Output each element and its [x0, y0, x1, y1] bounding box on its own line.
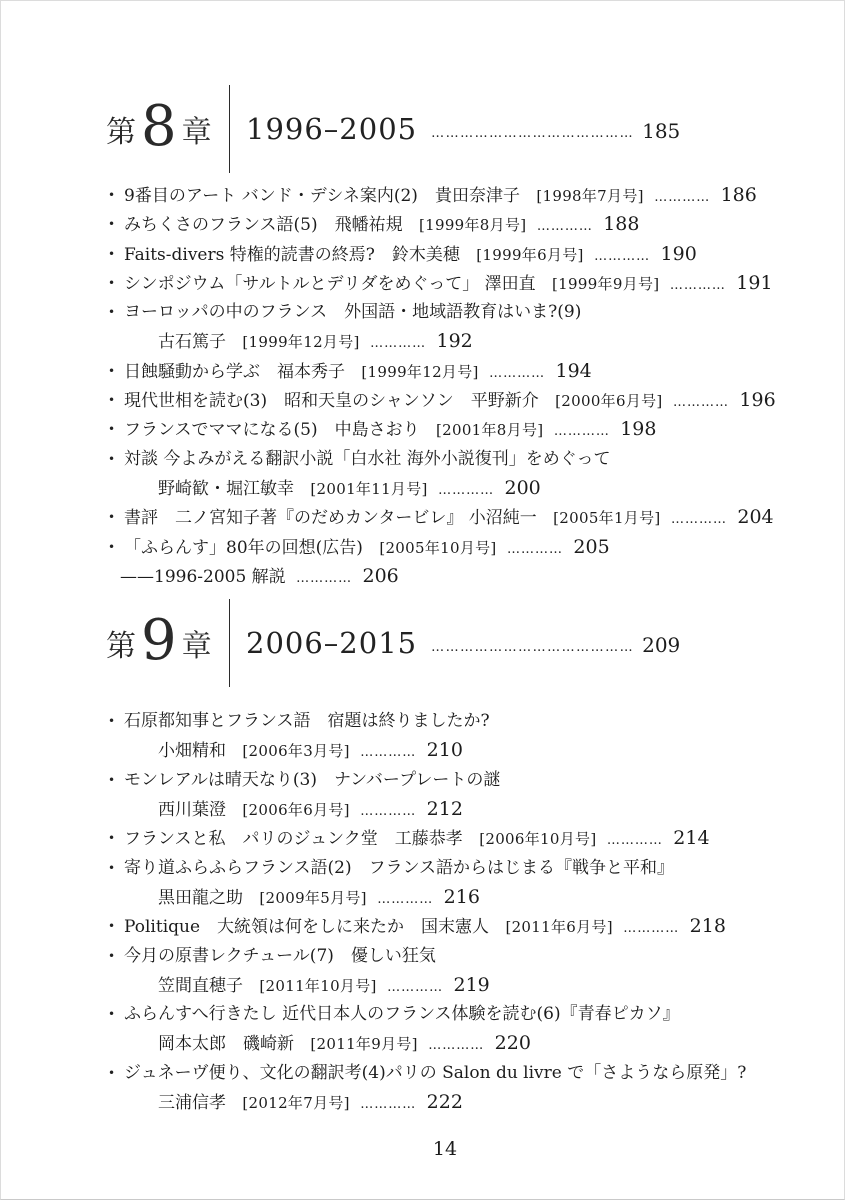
dot-leader: …………	[594, 249, 650, 264]
bullet-icon: •	[108, 386, 115, 415]
bullet-icon: •	[108, 415, 115, 444]
toc-entry-summary: ——1996-2005 解説 ………… 206	[106, 562, 784, 591]
entry-issue-date: [2001年11月号]	[310, 480, 427, 498]
entry-issue-date: [2006年6月号]	[242, 801, 349, 819]
chapter-prefix: 第	[106, 621, 136, 665]
chapter-9-label: 第 9 章	[106, 615, 229, 671]
entry-page-number: 206	[363, 565, 399, 587]
entry-title: 「ふらんす」80年の回想(広告)	[124, 538, 363, 558]
entry-page-number: 216	[444, 886, 480, 908]
entry-issue-date: [1998年7月号]	[536, 187, 643, 205]
bullet-icon: •	[108, 298, 115, 327]
dot-leader: …………	[370, 336, 426, 351]
page-content: 第 8 章 1996–2005 …………………………………… 185 • 9番目…	[1, 85, 844, 1161]
entry-issue-date: [2012年7月号]	[242, 1094, 349, 1112]
dot-leader: …………	[296, 571, 352, 586]
entry-title: Faits-divers 特権的読書の終焉? 鈴木美穂	[124, 245, 460, 265]
entry-title: ヨーロッパの中のフランス 外国語・地域語教育はいま?(9)	[124, 302, 581, 322]
dot-leader: …………	[554, 424, 610, 439]
entry-issue-date: [1999年8月号]	[419, 216, 526, 234]
toc-entry: • 石原都知事とフランス語 宿題は終りましたか?	[106, 707, 784, 736]
entry-author: 岡本太郎 磯崎新	[158, 1034, 294, 1054]
entry-author: 西川葉澄	[158, 800, 226, 820]
bullet-icon: •	[108, 210, 115, 239]
chapter-8-label: 第 8 章	[106, 101, 229, 157]
entry-page-number: 219	[453, 974, 489, 996]
entry-issue-date: [2001年8月号]	[436, 421, 543, 439]
bullet-icon: •	[108, 445, 115, 474]
toc-entry: • Politique 大統領は何をしに来たか 国末憲人 [2011年6月号] …	[106, 912, 784, 941]
entry-issue-date: [2011年6月号]	[505, 918, 612, 936]
toc-entry-continuation: 笠間直穂子 [2011年10月号] ………… 219	[106, 971, 784, 1000]
entry-title: フランスでママになる(5) 中島さおり	[124, 420, 420, 440]
entry-issue-date: [1999年12月号]	[361, 363, 478, 381]
entry-issue-date: [2011年10月号]	[259, 977, 376, 995]
entry-page-number: 190	[661, 243, 697, 265]
entry-page-number: 191	[736, 272, 772, 294]
chapter-number: 9	[141, 613, 177, 669]
dot-leader: ……………………………………	[431, 640, 634, 655]
toc-entry: • フランスと私 パリのジュンク堂 工藤恭孝 [2006年10月号] ………… …	[106, 824, 784, 853]
toc-entry-continuation: 古石篤子 [1999年12月号] ………… 192	[106, 327, 784, 356]
entry-page-number: 198	[620, 418, 656, 440]
chapter-8-entries: • 9番目のアート バンド・デシネ案内(2) 貴田奈津子 [1998年7月号] …	[106, 181, 784, 591]
toc-entry: • 対談 今よみがえる翻訳小説「白水社 海外小説復刊」をめぐって	[106, 445, 784, 474]
dot-leader: …………	[673, 395, 729, 410]
dot-leader: …………	[623, 921, 679, 936]
toc-entry: • 寄り道ふらふらフランス語(2) フランス語からはじまる『戦争と平和』	[106, 854, 784, 883]
dot-leader: …………	[360, 1097, 416, 1112]
entry-title: シンポジウム「サルトルとデリダをめぐって」 澤田直	[124, 274, 536, 294]
toc-entry: • フランスでママになる(5) 中島さおり [2001年8月号] ………… 19…	[106, 415, 784, 444]
entry-issue-date: [2000年6月号]	[555, 392, 662, 410]
entry-author: 黒田龍之助	[158, 888, 243, 908]
page-folio: 14	[106, 1137, 784, 1161]
entry-page-number: 205	[573, 536, 609, 558]
entry-issue-date: [1999年9月号]	[552, 275, 659, 293]
dot-leader: …………	[360, 804, 416, 819]
dot-leader: …………	[428, 1038, 484, 1053]
chapter-year-range: 2006–2015	[246, 626, 417, 660]
entry-page-number: 210	[427, 739, 463, 761]
dot-leader: …………	[537, 219, 593, 234]
toc-entry: • モンレアルは晴天なり(3) ナンバープレートの謎	[106, 766, 784, 795]
bullet-icon: •	[108, 854, 115, 883]
dot-leader: …………	[654, 190, 710, 205]
dot-leader: …………	[671, 512, 727, 527]
chapter-8-header: 第 8 章 1996–2005 …………………………………… 185	[106, 85, 784, 173]
dot-leader: …………	[670, 278, 726, 293]
entry-author: 古石篤子	[158, 332, 226, 352]
entry-page-number: 222	[427, 1091, 463, 1113]
entry-author: 小畑精和	[158, 741, 226, 761]
bullet-icon: •	[108, 357, 115, 386]
chapter-9-entries: • 石原都知事とフランス語 宿題は終りましたか? 小畑精和 [2006年3月号]…	[106, 707, 784, 1117]
entry-page-number: 212	[427, 798, 463, 820]
entry-page-number: 192	[436, 330, 472, 352]
entry-page-number: 214	[673, 827, 709, 849]
entry-title: 書評 二ノ宮知子著『のだめカンタービレ』 小沼純一	[124, 508, 537, 528]
chapter-divider-rule	[229, 85, 230, 173]
entry-title: モンレアルは晴天なり(3) ナンバープレートの謎	[124, 770, 500, 790]
entry-page-number: 196	[739, 389, 775, 411]
entry-title: 対談 今よみがえる翻訳小説「白水社 海外小説復刊」をめぐって	[124, 449, 610, 469]
toc-entry-continuation: 三浦信孝 [2012年7月号] ………… 222	[106, 1088, 784, 1117]
chapter-divider-rule	[229, 599, 230, 687]
toc-entry: • ヨーロッパの中のフランス 外国語・地域語教育はいま?(9)	[106, 298, 784, 327]
toc-entry: • ふらんすへ行きたし 近代日本人のフランス体験を読む(6)『青春ピカソ』	[106, 1000, 784, 1029]
entry-issue-date: [2009年5月号]	[259, 889, 366, 907]
chapter-suffix: 章	[182, 107, 212, 151]
chapter-suffix: 章	[182, 621, 212, 665]
bullet-icon: •	[108, 707, 115, 736]
entry-author: 野崎歓・堀江敏幸	[158, 479, 294, 499]
entry-issue-date: [1999年6月号]	[476, 246, 583, 264]
toc-entry: • Faits-divers 特権的読書の終焉? 鈴木美穂 [1999年6月号]…	[106, 240, 784, 269]
dot-leader: ……………………………………	[431, 126, 634, 141]
dot-leader: …………	[607, 833, 663, 848]
entry-title: 今月の原書レクチュール(7) 優しい狂気	[124, 946, 436, 966]
toc-entry-continuation: 黒田龍之助 [2009年5月号] ………… 216	[106, 883, 784, 912]
toc-entry-continuation: 小畑精和 [2006年3月号] ………… 210	[106, 736, 784, 765]
bullet-icon: •	[108, 533, 115, 562]
entry-title: 日蝕騒動から学ぶ 福本秀子	[124, 362, 345, 382]
toc-entry: • みちくさのフランス語(5) 飛幡祐規 [1999年8月号] ………… 188	[106, 210, 784, 239]
entry-title: ふらんすへ行きたし 近代日本人のフランス体験を読む(6)『青春ピカソ』	[124, 1004, 680, 1024]
entry-title: フランスと私 パリのジュンク堂 工藤恭孝	[124, 829, 463, 849]
bullet-icon: •	[108, 824, 115, 853]
entry-issue-date: [2011年9月号]	[310, 1035, 417, 1053]
bullet-icon: •	[108, 766, 115, 795]
bullet-icon: •	[108, 269, 115, 298]
entry-title: ジュネーヴ便り、文化の翻訳考(4)パリの Salon du livre で「さよ…	[124, 1063, 746, 1083]
entry-page-number: 188	[603, 213, 639, 235]
entry-issue-date: [2005年1月号]	[553, 509, 660, 527]
bullet-icon: •	[108, 503, 115, 532]
toc-entry: • ジュネーヴ便り、文化の翻訳考(4)パリの Salon du livre で「…	[106, 1059, 784, 1088]
toc-entry: • 「ふらんす」80年の回想(広告) [2005年10月号] ………… 205	[106, 533, 784, 562]
book-page: 第 8 章 1996–2005 …………………………………… 185 • 9番目…	[0, 0, 845, 1200]
entry-page-number: 220	[495, 1032, 531, 1054]
entry-issue-date: [2005年10月号]	[379, 539, 496, 557]
dot-leader: …………	[377, 892, 433, 907]
toc-entry: • 書評 二ノ宮知子著『のだめカンタービレ』 小沼純一 [2005年1月号] ……	[106, 503, 784, 532]
dot-leader: …………	[489, 366, 545, 381]
toc-entry: • シンポジウム「サルトルとデリダをめぐって」 澤田直 [1999年9月号] ……	[106, 269, 784, 298]
entry-page-number: 200	[504, 477, 540, 499]
dot-leader: …………	[360, 745, 416, 760]
entry-page-number: 218	[690, 915, 726, 937]
entry-page-number: 194	[555, 360, 591, 382]
entry-title: 寄り道ふらふらフランス語(2) フランス語からはじまる『戦争と平和』	[124, 858, 674, 878]
toc-entry: • 現代世相を読む(3) 昭和天皇のシャンソン 平野新介 [2000年6月号] …	[106, 386, 784, 415]
entry-author: 笠間直穂子	[158, 976, 243, 996]
toc-entry: • 今月の原書レクチュール(7) 優しい狂気	[106, 942, 784, 971]
chapter-page-number: 209	[642, 633, 680, 657]
toc-entry: • 9番目のアート バンド・デシネ案内(2) 貴田奈津子 [1998年7月号] …	[106, 181, 784, 210]
entry-title: ——1996-2005 解説	[120, 567, 286, 587]
entry-issue-date: [2006年10月号]	[479, 830, 596, 848]
bullet-icon: •	[108, 942, 115, 971]
entry-title: 現代世相を読む(3) 昭和天皇のシャンソン 平野新介	[124, 391, 539, 411]
dot-leader: …………	[507, 542, 563, 557]
chapter-year-range: 1996–2005	[246, 112, 417, 146]
bullet-icon: •	[108, 240, 115, 269]
dot-leader: …………	[387, 980, 443, 995]
bullet-icon: •	[108, 1059, 115, 1088]
bullet-icon: •	[108, 912, 115, 941]
entry-title: Politique 大統領は何をしに来たか 国末憲人	[124, 917, 489, 937]
entry-issue-date: [1999年12月号]	[242, 333, 359, 351]
entry-author: 三浦信孝	[158, 1093, 226, 1113]
entry-title: 石原都知事とフランス語 宿題は終りましたか?	[124, 711, 490, 731]
toc-entry-continuation: 西川葉澄 [2006年6月号] ………… 212	[106, 795, 784, 824]
chapter-9-header: 第 9 章 2006–2015 …………………………………… 209	[106, 599, 784, 687]
toc-entry-continuation: 岡本太郎 磯崎新 [2011年9月号] ………… 220	[106, 1029, 784, 1058]
entry-page-number: 186	[721, 184, 757, 206]
toc-entry-continuation: 野崎歓・堀江敏幸 [2001年11月号] ………… 200	[106, 474, 784, 503]
entry-title: 9番目のアート バンド・デシネ案内(2) 貴田奈津子	[124, 186, 520, 206]
bullet-icon: •	[108, 181, 115, 210]
chapter-number: 8	[141, 99, 177, 155]
bullet-icon: •	[108, 1000, 115, 1029]
toc-entry: • 日蝕騒動から学ぶ 福本秀子 [1999年12月号] ………… 194	[106, 357, 784, 386]
chapter-page-number: 185	[642, 119, 680, 143]
chapter-prefix: 第	[106, 107, 136, 151]
entry-title: みちくさのフランス語(5) 飛幡祐規	[124, 215, 403, 235]
entry-issue-date: [2006年3月号]	[242, 742, 349, 760]
dot-leader: …………	[438, 483, 494, 498]
entry-page-number: 204	[737, 506, 773, 528]
